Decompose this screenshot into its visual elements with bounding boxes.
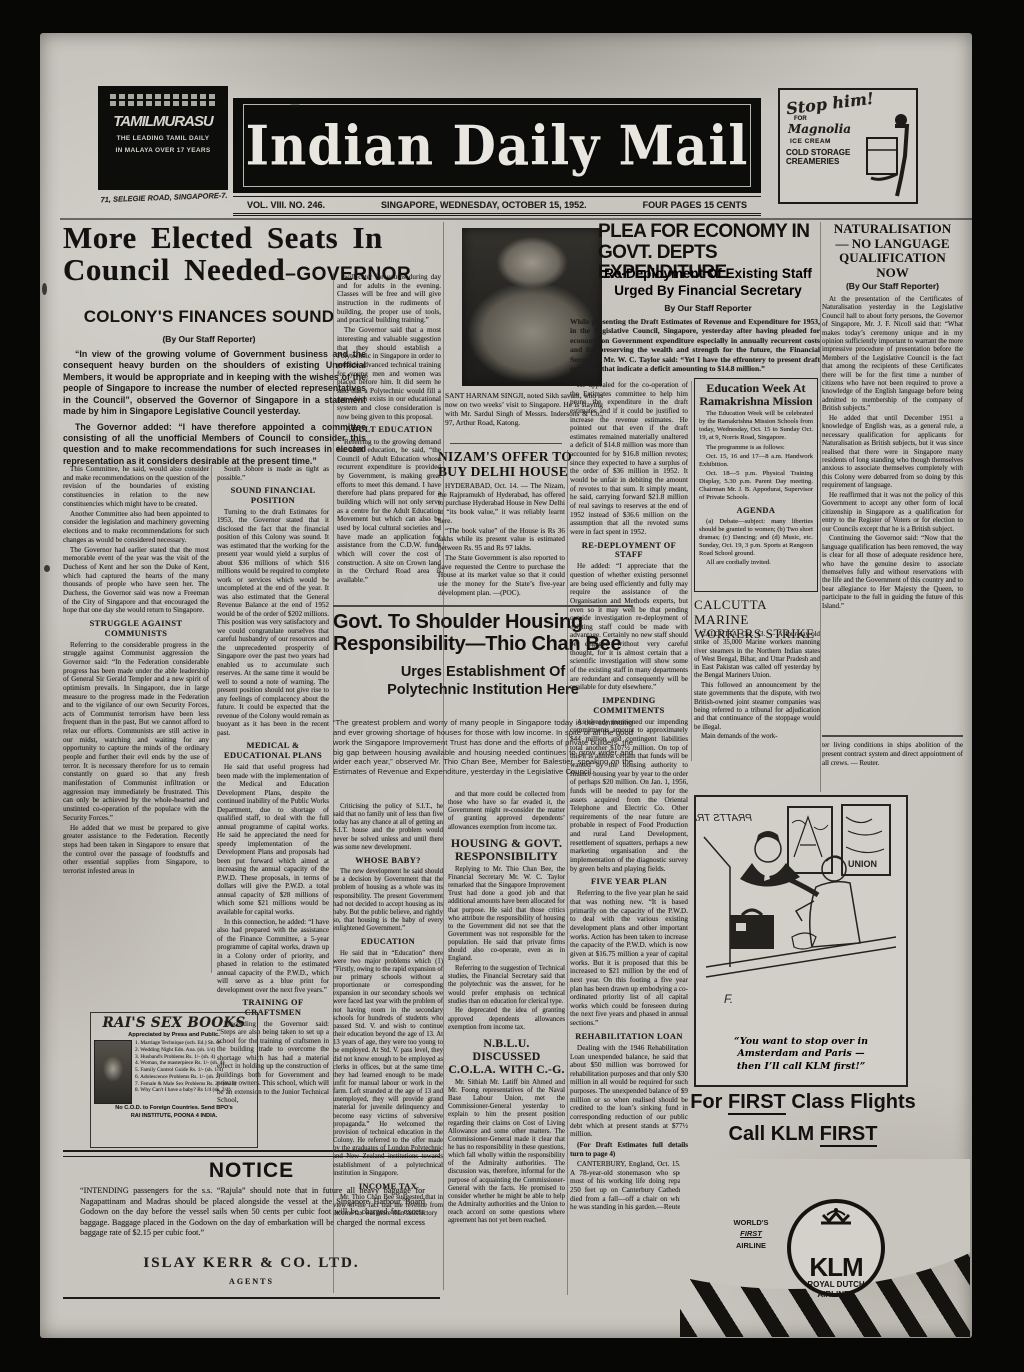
paragraph: Turning to the draft Estimates for 1953,… (217, 508, 329, 738)
paragraph: CALCUTTA, Oct. 13. — A four-day-old stri… (694, 631, 820, 681)
paragraph: and that more could be collected from th… (448, 791, 565, 832)
paragraph: As already mentioned our impending commi… (570, 718, 688, 874)
paper-title: Indian Daily Mail (246, 119, 749, 173)
plea-byline: By Our Staff Reporter (596, 303, 820, 313)
lead-byline: (By Our Staff Reporter) (63, 334, 355, 344)
page-reference: (For Draft Estimates full details turn t… (570, 1141, 688, 1158)
naturalisation-headline-line3: QUALIFICATION (822, 251, 963, 266)
tamil-ad-tagline: THE LEADING TAMIL DAILY (98, 134, 228, 144)
column-rule (820, 222, 821, 792)
paragraph: He deprecated the idea of granting appro… (448, 1007, 565, 1031)
crosshead: HOUSING & GOVT. RESPONSIBILITY (448, 837, 565, 863)
calcutta-headline-line1: CALCUTTA MARINE (694, 598, 820, 627)
crosshead: AGENDA (699, 506, 813, 516)
klm-logo-royal-dutch: ROYAL DUTCH (791, 1280, 881, 1290)
crosshead: WHOSE BABY? (333, 856, 443, 866)
paragraph: Another Committee also had been appointe… (63, 510, 209, 545)
paragraph: Main demands of the work- (694, 733, 820, 741)
crosshead: RE-DEPLOYMENT OF STAFF (570, 541, 688, 560)
date-text: SINGAPORE, WEDNESDAY, OCTOBER 15, 1952. (381, 200, 587, 210)
crosshead: SOUND FINANCIAL POSITION (217, 486, 329, 505)
paragraph: Oct. 18—5 p.m. Physical Training Display… (699, 470, 813, 502)
rai-book-list: 1. Marriage Technique (och. Ed.) Sh. 6/-… (135, 1040, 254, 1104)
ice-cream-vendor-illustration (861, 108, 913, 200)
magnolia-ice-cream-ad: Stop him! FOR Magnolia ICE CREAM COLD ST… (778, 88, 918, 204)
volume-number: VOL. VIII. NO. 246. (247, 200, 325, 210)
crosshead: FIVE YEAR PLAN (570, 877, 688, 887)
book-cover-illustration (94, 1040, 132, 1104)
klm-text: Call (729, 1123, 771, 1145)
plea-column-left: He appealed for the co-operation of the … (570, 381, 688, 1326)
plea-subhead-line2: Urged By Financial Secretary (596, 283, 820, 300)
paragraph: The new development he said should be a … (333, 868, 443, 933)
paragraph: This followed an announcement by the sta… (694, 682, 820, 732)
calcutta-body: CALCUTTA, Oct. 13. — A four-day-old stri… (694, 631, 820, 796)
education-week-box: Education Week At Ramakrishna Mission Th… (694, 378, 818, 592)
paragraph: 6. Adolescence Problems Rs. 1/- (sh. 2) (135, 1074, 254, 1081)
lead-subhead: COLONY'S FINANCES SOUND (63, 307, 355, 327)
crosshead: N.B.L.U. DISCUSSED C.O.L.A. WITH C.-G. (448, 1037, 565, 1076)
plea-headline-line1: PLEA FOR ECONOMY IN (598, 222, 820, 243)
klm-stripes-band: WORLD'S FIRST AIRLINE KLM ROYAL DUTCH AI… (680, 1159, 970, 1337)
paragraph: The Governor said that a most interestin… (337, 326, 441, 421)
naturalisation-headline-line4: NOW (822, 266, 963, 281)
worlds-line: WORLD'S (716, 1217, 786, 1228)
column-rule (691, 381, 692, 761)
crosshead: REHABILITATION LOAN (570, 1032, 688, 1042)
paragraph: He reaffirmed that it was not the policy… (822, 491, 963, 533)
notice-bottom-rule (63, 1297, 440, 1299)
paragraph: HYDERABAD, Oct. 14. — The Nizam, the Raj… (438, 482, 565, 525)
notice-company: ISLAY KERR & CO. LTD. (63, 1255, 440, 1272)
thio-column-right: and that more could be collected from th… (448, 791, 565, 1296)
notice-title: NOTICE (63, 1159, 440, 1183)
paragraph: Dealing with the 1946 Rehabilitation Loa… (570, 1044, 688, 1139)
lead-intro: “In view of the growing volume of Govern… (63, 349, 366, 471)
education-week-headline-line2: Ramakrishna Mission (699, 395, 813, 408)
tamil-ad-tagline: IN MALAYA OVER 17 YEARS (98, 146, 228, 156)
paragraph: will cater for youths during day and for… (337, 273, 441, 325)
worlds-first-airline: WORLD'S FIRST AIRLINE (716, 1217, 786, 1251)
paragraph: This Committee, he said, would also cons… (63, 465, 209, 508)
creameries-line: CREAMERIES (786, 157, 839, 166)
paragraph: Referring to the growing demand for adul… (337, 438, 441, 585)
paragraph: The Governor had earlier stated that the… (63, 546, 209, 615)
paragraph: He said that in “Education” there were t… (333, 950, 443, 1178)
klm-brand: KLM (771, 1123, 820, 1145)
paragraph: The State Government is also reported to… (438, 554, 565, 597)
klm-logo-text: KLM (791, 1254, 881, 1280)
paragraph: Referring to the suggestion of Technical… (448, 965, 565, 1006)
lead-column-3: will cater for youths during day and for… (337, 273, 441, 607)
plea-subhead: Re-Deployment Of Existing Staff Urged By… (596, 266, 820, 300)
paragraph: All are cordially invited. (699, 559, 813, 567)
paragraph: (a) Debate—subject: many liberties shoul… (699, 518, 813, 558)
svg-text:UNION: UNION (848, 859, 877, 869)
plea-subhead-line1: Re-Deployment Of Existing Staff (596, 266, 820, 283)
dateline: VOL. VIII. NO. 246. SINGAPORE, WEDNESDAY… (233, 196, 761, 216)
rai-ad-title: RAI'S SEX BOOKS (94, 1015, 254, 1031)
notice-body: “INTENDING passengers for the s.s. “Raju… (80, 1186, 425, 1239)
crosshead: IMPENDING COMMITMENTS (570, 696, 688, 715)
klm-cartoon-box: PRATTS TRAVEL AGENCY UNION F. (694, 795, 908, 1087)
scan-smudge (290, 103, 300, 108)
rai-sex-books-ad: RAI'S SEX BOOKS Appreciated by Press and… (90, 1012, 258, 1148)
lead-intro-para: “In view of the growing volume of Govern… (63, 349, 366, 418)
column-rule (443, 222, 444, 1290)
scan-smudge (44, 565, 50, 572)
scan-smudge (42, 283, 47, 295)
paragraph: Referring to the considerable progress i… (63, 641, 209, 822)
paragraph: In this connection, he added: “I have al… (217, 918, 329, 995)
klm-crown-icon (819, 1207, 853, 1225)
paragraph: Replying to Mr. Thio Chan Bee, the Finan… (448, 866, 565, 964)
paragraph: 8. Why Can't I have a baby? Rs 1/4 (sh. … (135, 1087, 254, 1094)
strike-story-tail: ter living conditions in ships abolition… (822, 741, 963, 793)
lead-headline-line2: Council Needed (63, 252, 285, 287)
notice-top-rule (63, 1150, 440, 1157)
lead-column-1: This Committee, he said, would also cons… (63, 465, 209, 1010)
naturalisation-headline-line1: NATURALISATION (822, 222, 963, 237)
paragraph: He added that until December 1951 a know… (822, 414, 963, 490)
tamil-murasu-title: TAMILMURASU (98, 114, 228, 131)
education-week-headline: Education Week At Ramakrishna Mission (699, 382, 813, 408)
paragraph: 5. Family Control Guide Rs. 1/- (sh. 1/4… (135, 1067, 254, 1074)
crosshead: STRUGGLE AGAINST COMMUNISTS (63, 619, 209, 638)
crosshead: ADULT EDUCATION (337, 425, 441, 435)
newspaper-paper: TAMILMURASU THE LEADING TAMIL DAILY IN M… (40, 33, 972, 1338)
tamil-script-decoration (110, 94, 216, 99)
plea-intro: While presenting the Draft Estimates of … (570, 317, 820, 377)
klm-logo-airlines: AIRLINES (791, 1290, 881, 1300)
lead-intro-para: The Governor added: “I have therefore ap… (63, 422, 366, 468)
rai-ad-address: RAI INSTITUTE, POONA 4 INDIA. (94, 1113, 254, 1120)
naturalisation-headline: NATURALISATION — NO LANGUAGE QUALIFICATI… (822, 222, 963, 280)
tamil-ad-address: 71, SELEGIE ROAD, SINGAPORE-7. (84, 190, 244, 205)
crosshead: EDUCATION (333, 937, 443, 947)
klm-first-underlined: FIRST (728, 1091, 786, 1115)
paragraph: He added: “I appreciate that the questio… (570, 562, 688, 692)
paragraph: At the presentation of the Certificates … (822, 295, 963, 412)
paragraph: He said that useful progress had been ma… (217, 763, 329, 916)
paragraph: CANTERBURY, England, Oct. 15.—A 78-year-… (570, 1160, 688, 1212)
paragraph: The Education Week will be celebrated by… (699, 410, 813, 442)
naturalisation-byline: (By Our Staff Reporter) (822, 281, 963, 291)
nameplate: Indian Daily Mail (233, 98, 761, 193)
cartoon-caption-line2: then I’ll call KLM first!” (702, 1061, 900, 1073)
notice-agents: AGENTS (63, 1277, 440, 1286)
section-rule (450, 443, 562, 444)
lead-headline-line1: More Elected Seats In (63, 222, 443, 254)
paragraph: Oct. 15, 16 and 17—8 a.m. Handwork Exhib… (699, 453, 813, 469)
paragraph: Referring to the five year plan he said … (570, 889, 688, 1027)
crosshead: MEDICAL & EDUCATIONAL PLANS (217, 741, 329, 760)
worlds-line: FIRST (716, 1228, 786, 1239)
cartoonist-signature: F. (724, 992, 733, 1006)
column-rule (333, 273, 334, 1293)
section-rule (822, 735, 963, 737)
paragraph: 4. Woman, the masterpiece Rs. 1/- (sh. 4… (135, 1060, 254, 1067)
rai-ad-footer: No C.O.D. to Foreign Countries. Send BPO… (94, 1105, 254, 1112)
klm-logo: KLM ROYAL DUTCH AIRLINES (787, 1199, 885, 1297)
paragraph: 2. Wedding Night Edn. Ana. (sh. 1/4) (135, 1047, 254, 1054)
paragraph: “The book value” of the House is Rs 36 l… (438, 527, 565, 553)
paragraph: He appealed for the co-operation of the … (570, 381, 688, 537)
paragraph: Continuing the Governor said: “Now that … (822, 534, 963, 610)
paragraph: 1. Marriage Technique (och. Ed.) Sh. 6/- (135, 1040, 254, 1047)
klm-text: Class Flights (786, 1091, 916, 1113)
paragraph: The programme is as follows: (699, 444, 813, 452)
education-week-body: The Education Week will be celebrated by… (699, 410, 813, 568)
worlds-line: AIRLINE (716, 1240, 786, 1251)
rai-ad-tagline: Appreciated by Press and Public. (94, 1032, 254, 1038)
tamil-script-decoration (110, 101, 216, 106)
klm-first-underlined: FIRST (820, 1123, 878, 1147)
cartoon-caption: “You want to stop over in Amsterdam and … (696, 1034, 906, 1073)
scanned-newspaper-page: { "colors": {"paper":"#c8c5be","ink":"#2… (0, 0, 1024, 1372)
klm-text: For (690, 1091, 728, 1113)
naturalisation-headline-line2: — NO LANGUAGE (822, 237, 963, 252)
cold-storage-line: COLD STORAGE (786, 148, 850, 157)
price-text: FOUR PAGES 15 CENTS (643, 200, 747, 210)
klm-ad-line2: Call KLM FIRST (688, 1123, 918, 1146)
paragraph: He added that we must be prepared to giv… (63, 824, 209, 876)
paragraph: Mr. Sithiah Mr. Latiff bin Ahmed and Mr.… (448, 1079, 565, 1226)
paragraph: South Johore is made as tight as possibl… (217, 465, 329, 482)
paragraph: Criticising the policy of S.I.T., he sai… (333, 803, 443, 852)
cartoon-caption-line1: “You want to stop over in Amsterdam and … (702, 1036, 900, 1061)
naturalisation-body: At the presentation of the Certificates … (822, 295, 963, 733)
column-rule (211, 465, 212, 973)
nameplate-border: Indian Daily Mail (243, 104, 752, 188)
travel-agency-cartoon: PRATTS TRAVEL AGENCY UNION F. (696, 797, 906, 1029)
column-rule (567, 450, 568, 1295)
klm-ad-line1: For FIRST Class Flights (688, 1091, 918, 1114)
window-sign-mirrored: PRATTS TRAVEL AGENCY (696, 813, 752, 824)
tamil-murasu-ad: TAMILMURASU THE LEADING TAMIL DAILY IN M… (98, 86, 228, 190)
